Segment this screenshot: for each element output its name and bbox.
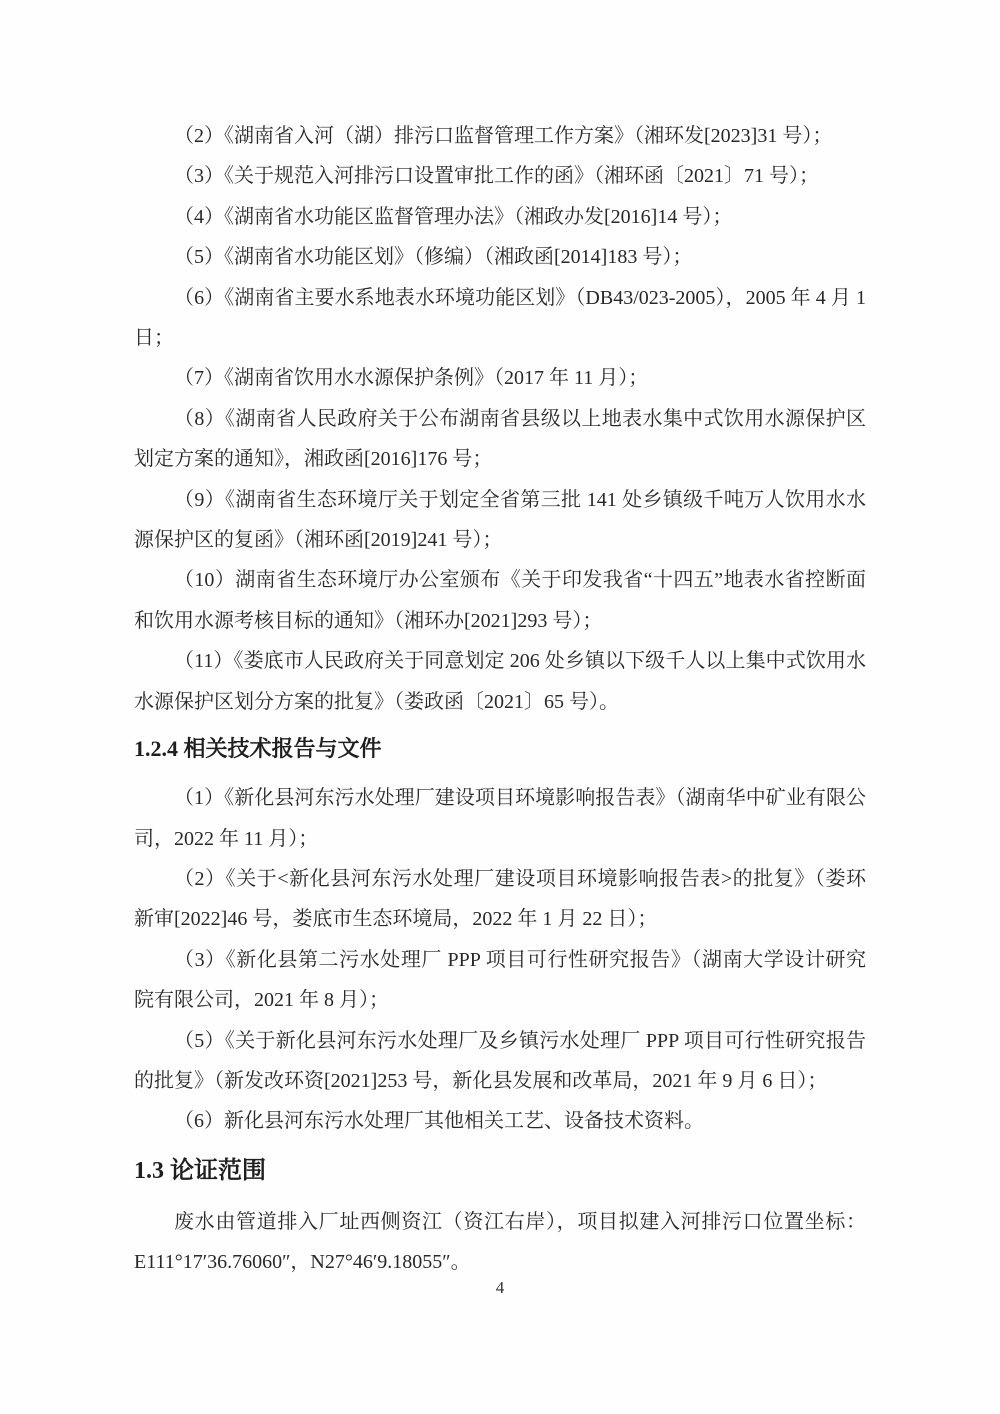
tech-doc-item-2: （2）《关于<新化县河东污水处理厂建设项目环境影响报告表>的批复》（娄环新审[2… [134, 859, 866, 940]
reference-item-8: （8）《湖南省人民政府关于公布湖南省县级以上地表水集中式饮用水源保护区划定方案的… [134, 399, 866, 480]
tech-doc-item-6: （6）新化县河东污水处理厂其他相关工艺、设备技术资料。 [134, 1101, 866, 1141]
tech-doc-item-5: （5）《关于新化县河东污水处理厂及乡镇污水处理厂 PPP 项目可行性研究报告的批… [134, 1021, 866, 1102]
reference-item-7: （7）《湖南省饮用水水源保护条例》（2017 年 11 月）； [134, 358, 866, 398]
page-number: 4 [0, 1276, 1000, 1300]
reference-item-10: （10）湖南省生态环境厅办公室颁布《关于印发我省“十四五”地表水省控断面和饮用水… [134, 560, 866, 641]
reference-item-3: （3）《关于规范入河排污口设置审批工作的函》（湘环函〔2021〕71 号）； [134, 156, 866, 196]
tech-doc-item-3: （3）《新化县第二污水处理厂 PPP 项目可行性研究报告》（湖南大学设计研究院有… [134, 940, 866, 1021]
reference-item-6: （6）《湖南省主要水系地表水环境功能区划》（DB43/023-2005），200… [134, 278, 866, 359]
reference-item-2: （2）《湖南省入河（湖）排污口监督管理工作方案》（湘环发[2023]31 号）； [134, 116, 866, 156]
reference-item-9: （9）《湖南省生态环境厅关于划定全省第三批 141 处乡镇级千吨万人饮用水水源保… [134, 480, 866, 561]
reference-item-11: （11）《娄底市人民政府关于同意划定 206 处乡镇以下级千人以上集中式饮用水水… [134, 641, 866, 722]
scope-paragraph: 废水由管道排入厂址西侧资江（资江右岸），项目拟建入河排污口位置坐标：E111°1… [134, 1202, 866, 1283]
document-body: （2）《湖南省入河（湖）排污口监督管理工作方案》（湘环发[2023]31 号）；… [134, 116, 866, 1283]
section-heading-1-3: 1.3 论证范围 [134, 1148, 866, 1194]
tech-doc-item-1: （1）《新化县河东污水处理厂建设项目环境影响报告表》（湖南华中矿业有限公司，20… [134, 778, 866, 859]
document-page: （2）《湖南省入河（湖）排污口监督管理工作方案》（湘环发[2023]31 号）；… [0, 0, 1000, 1414]
reference-item-5: （5）《湖南省水功能区划》（修编）（湘政函[2014]183 号）； [134, 237, 866, 277]
reference-item-4: （4）《湖南省水功能区监督管理办法》（湘政办发[2016]14 号）； [134, 197, 866, 237]
section-heading-1-2-4: 1.2.4 相关技术报告与文件 [134, 728, 866, 770]
